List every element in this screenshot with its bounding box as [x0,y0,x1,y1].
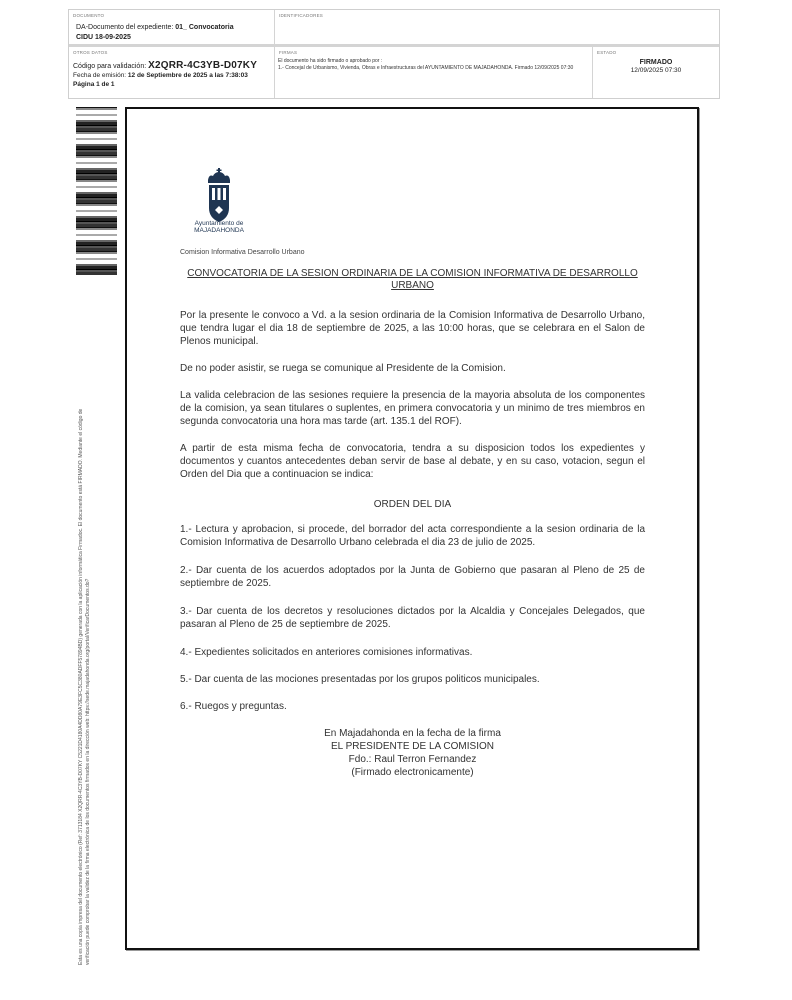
paragraph: La valida celebracion de las sesiones re… [180,389,645,428]
firmas-label: FIRMAS [279,50,297,55]
documento-cell: DOCUMENTO DA-Documento del expediente: 0… [69,10,275,47]
agenda-item: 1.- Lectura y aprobacion, si procede, de… [180,523,645,549]
agenda-item: 3.- Dar cuenta de los decretos y resoluc… [180,605,645,631]
otros-datos-cell: OTROS DATOS Código para validación: X2QR… [69,47,275,98]
firmas-text: El documento ha sido firmado o aprobado … [278,58,590,71]
otros-datos-label: OTROS DATOS [73,50,108,55]
page-indicator: Página 1 de 1 [73,81,115,88]
orden-del-dia-title: ORDEN DEL DIA [180,498,645,511]
document-title: CONVOCATORIA DE LA SESION ORDINARIA DE L… [180,268,645,292]
paragraph: A partir de esta misma fecha de convocat… [180,442,645,481]
logo-caption: Ayuntamiento de MAJADAHONDA [179,220,259,234]
verification-side-note: Esta es una copia impresa del documento … [78,300,91,965]
firmas-cell: FIRMAS El documento ha sido firmado o ap… [275,47,593,98]
paragraph: De no poder asistir, se ruega se comuniq… [180,362,645,375]
validation-code: Código para validación: X2QRR-4C3YB-D07K… [73,60,257,71]
signature-block: En Majadahonda en la fecha de la firma E… [180,727,645,779]
agenda-item: 4.- Expedientes solicitados en anteriore… [180,646,645,659]
barcode [76,107,117,275]
comision-label: Comision Informativa Desarrollo Urbano [180,249,305,256]
identificadores-label: IDENTIFICADORES [279,13,323,18]
documento-name: DA-Documento del expediente: 01_ Convoca… [76,24,234,31]
agenda-item: 6.- Ruegos y preguntas. [180,700,645,713]
paragraph: Por la presente le convoco a Vd. a la se… [180,309,645,348]
estado-cell: ESTADO FIRMADO 12/09/2025 07:30 [593,47,719,98]
status-badge: FIRMADO [593,59,719,66]
agenda-item: 2.- Dar cuenta de los acuerdos adoptados… [180,564,645,590]
estado-label: ESTADO [597,50,616,55]
identificadores-cell: IDENTIFICADORES [275,10,719,47]
documento-label: DOCUMENTO [73,13,104,18]
documento-line2: CIDU 18-09-2025 [76,34,131,41]
agenda-item: 5.- Dar cuenta de las mociones presentad… [180,673,645,686]
emission-date: Fecha de emisión: 12 de Septiembre de 20… [73,72,248,79]
status-date: 12/09/2025 07:30 [593,67,719,74]
signature-metadata-table: DOCUMENTO DA-Documento del expediente: 0… [68,9,720,99]
